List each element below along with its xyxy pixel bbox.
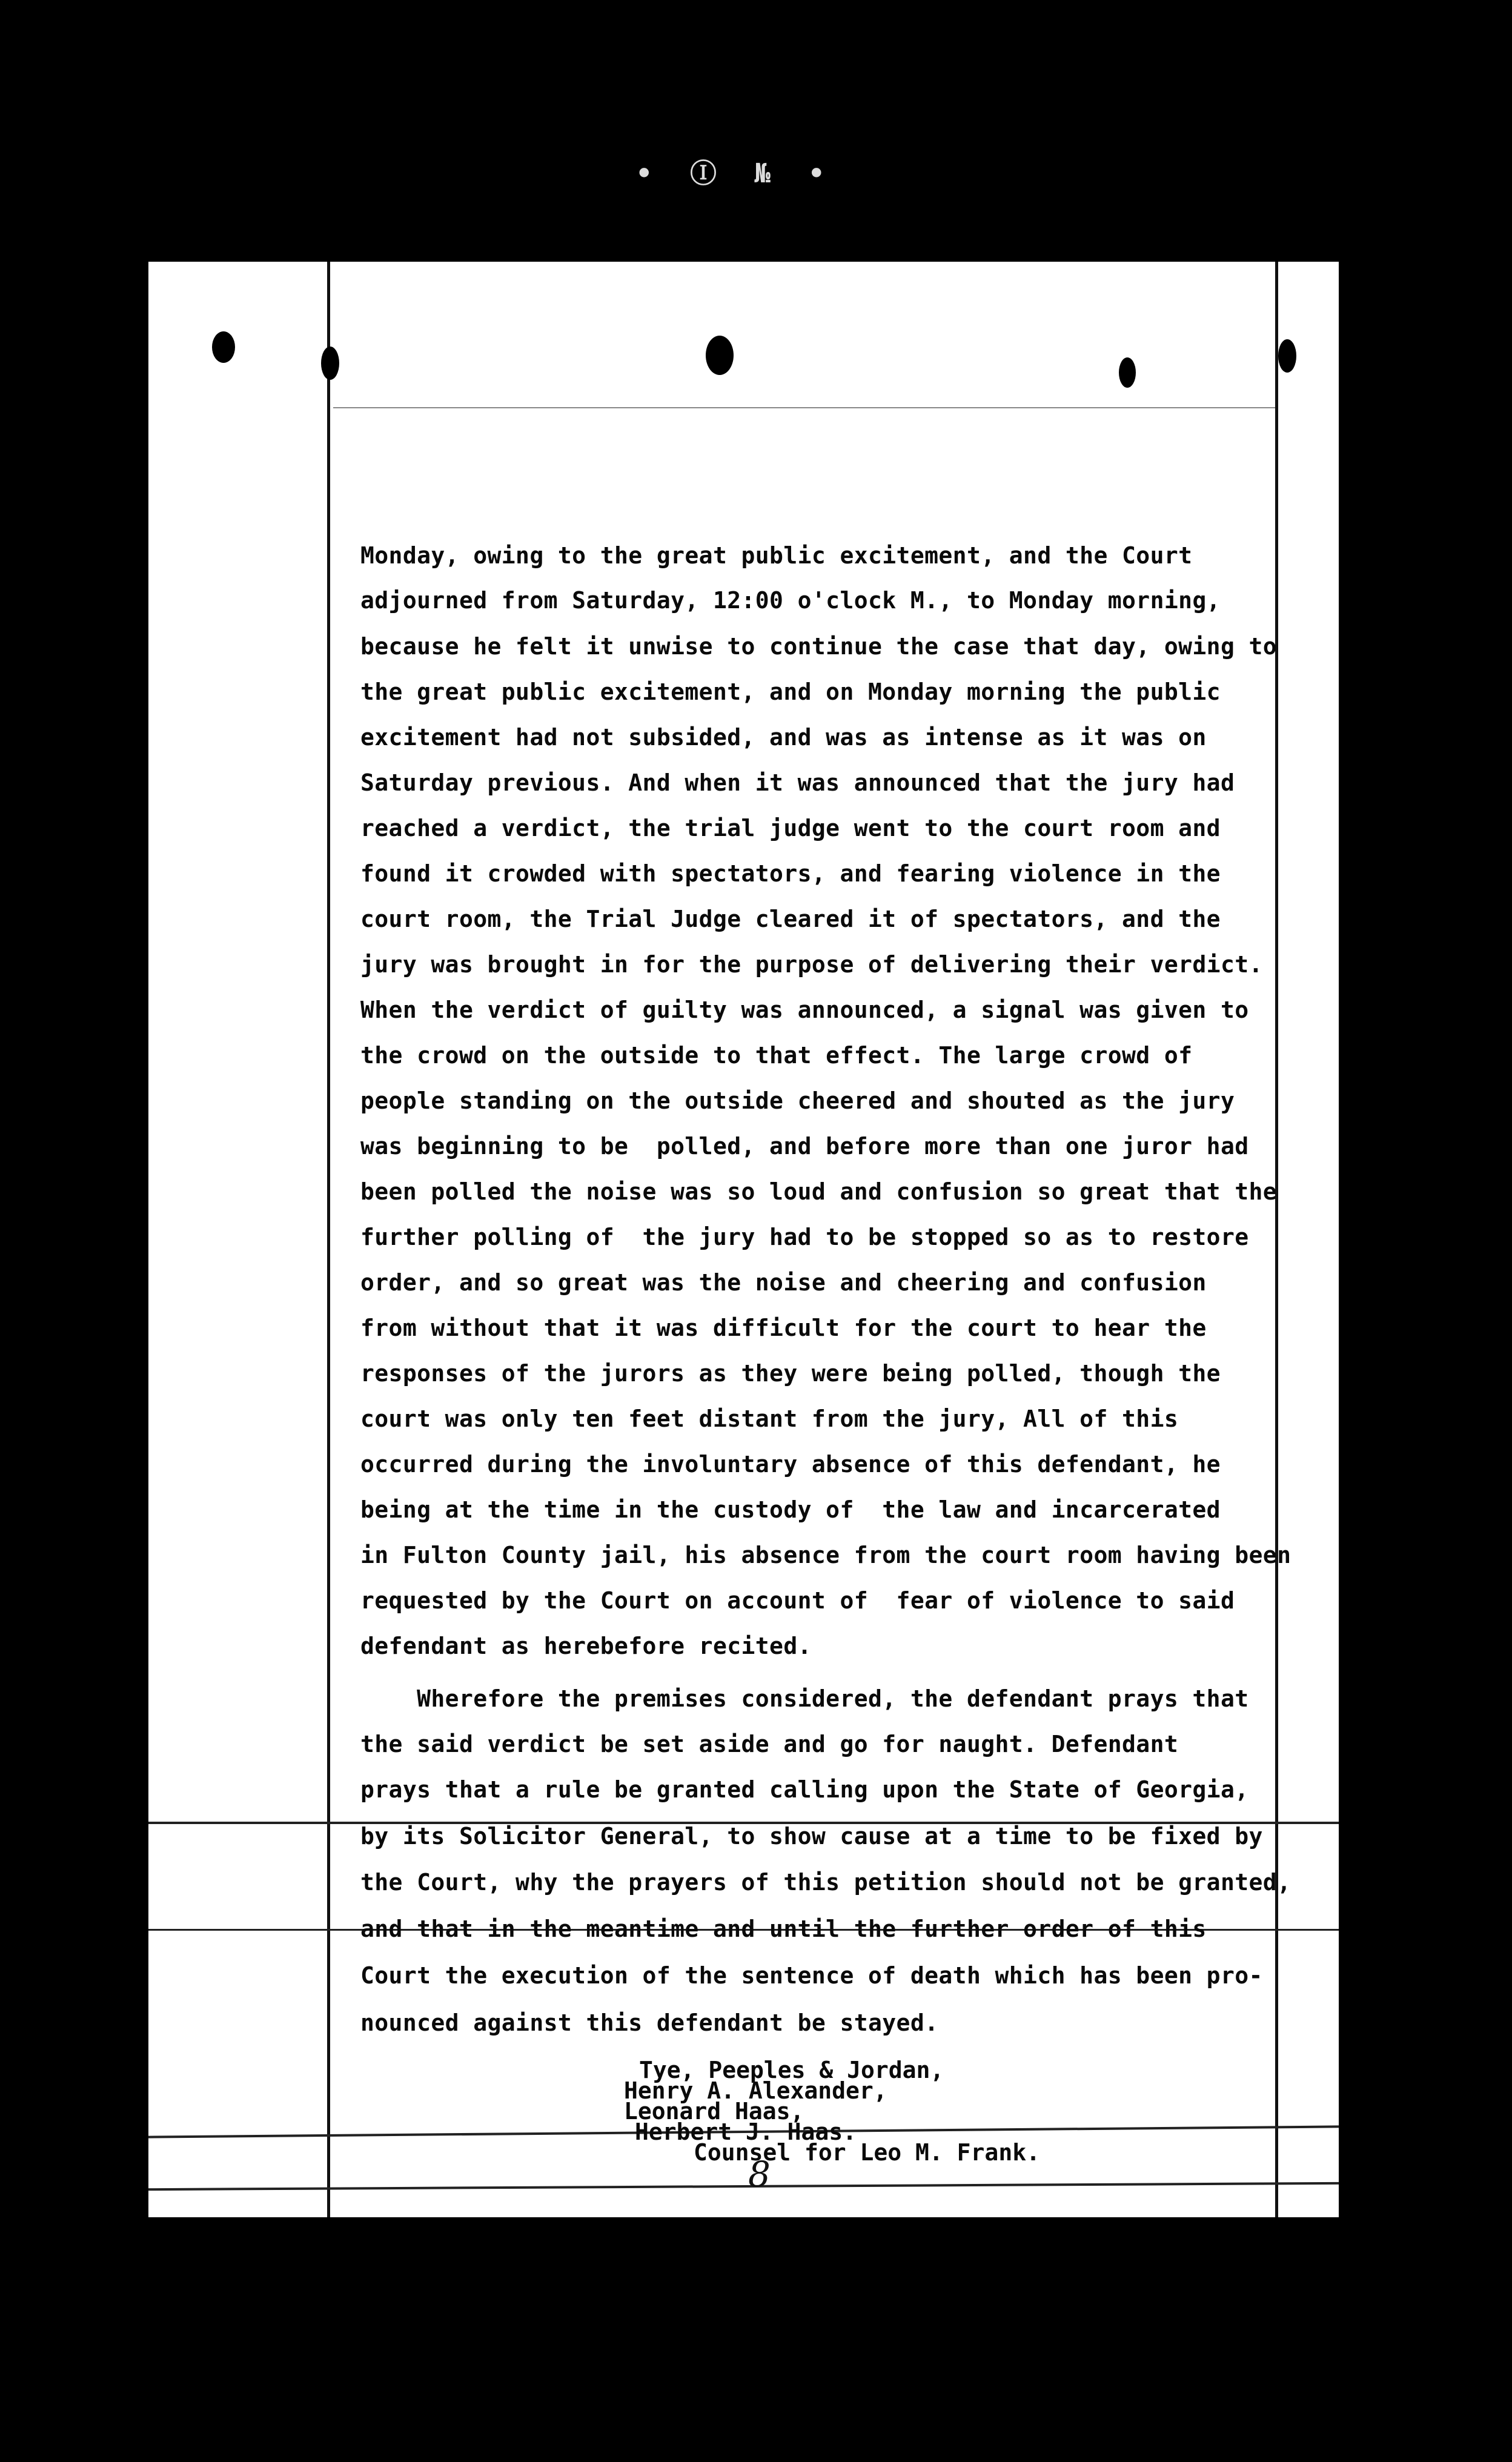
text-line: order, and so great was the noise and ch…: [360, 1271, 1207, 1294]
text-line: requested by the Court on account of fea…: [360, 1589, 1235, 1612]
text-line: Monday, owing to the great public excite…: [360, 544, 1192, 567]
text-line: and that in the meantime and until the f…: [360, 1917, 1207, 1940]
scan-background: [0, 2217, 1512, 2462]
text-line: the said verdict be set aside and go for…: [360, 1733, 1178, 1756]
counsel-closing: Counsel for Leo M. Frank.: [694, 2141, 1040, 2164]
punch-hole-left: [212, 331, 235, 363]
text-line: nounced against this defendant be stayed…: [360, 2011, 938, 2034]
text-line: responses of the jurors as they were bei…: [360, 1362, 1221, 1385]
text-line: the crowd on the outside to that effect.…: [360, 1044, 1192, 1067]
text-line: being at the time in the custody of the …: [360, 1498, 1221, 1521]
text-line: prays that a rule be granted calling upo…: [360, 1778, 1249, 1801]
right-margin-rule: [1275, 262, 1278, 2217]
punch-hole-center: [706, 336, 734, 375]
text-line: reached a verdict, the trial judge went …: [360, 817, 1221, 840]
text-line: further polling of the jury had to be st…: [360, 1226, 1249, 1249]
punch-hole-far-right: [1278, 339, 1296, 373]
header-stamp: • Ⓘ № •: [636, 151, 854, 188]
text-line: from without that it was difficult for t…: [360, 1316, 1207, 1339]
text-line: jury was brought in for the purpose of d…: [360, 953, 1263, 976]
text-line: because he felt it unwise to continue th…: [360, 635, 1277, 658]
text-line: people standing on the outside cheered a…: [360, 1089, 1235, 1112]
text-line: occurred during the involuntary absence …: [360, 1453, 1221, 1476]
text-line: excitement had not subsided, and was as …: [360, 726, 1207, 749]
text-line: defendant as herebefore recited.: [360, 1634, 812, 1657]
text-line: the Court, why the prayers of this petit…: [360, 1871, 1291, 1894]
text-line: in Fulton County jail, his absence from …: [360, 1544, 1291, 1567]
page-number: 8: [748, 2154, 771, 2195]
text-line: by its Solicitor General, to show cause …: [360, 1825, 1263, 1848]
text-line: When the verdict of guilty was announced…: [360, 998, 1249, 1021]
ruled-line: [333, 407, 1275, 408]
text-line: found it crowded with spectators, and fe…: [360, 862, 1221, 885]
text-line: been polled the noise was so loud and co…: [360, 1180, 1277, 1203]
text-line: Wherefore the premises considered, the d…: [360, 1687, 1249, 1710]
text-line: adjourned from Saturday, 12:00 o'clock M…: [360, 589, 1221, 612]
text-line: Saturday previous. And when it was annou…: [360, 771, 1235, 794]
text-line: court room, the Trial Judge cleared it o…: [360, 907, 1221, 931]
text-line: was beginning to be polled, and before m…: [360, 1135, 1249, 1158]
text-line: court was only ten feet distant from the…: [360, 1407, 1178, 1430]
text-line: the great public excitement, and on Mond…: [360, 680, 1221, 703]
left-margin-rule: [327, 262, 330, 2217]
text-line: Court the execution of the sentence of d…: [360, 1964, 1263, 1987]
punch-hole-margin: [321, 347, 339, 380]
punch-hole-right: [1119, 357, 1136, 388]
